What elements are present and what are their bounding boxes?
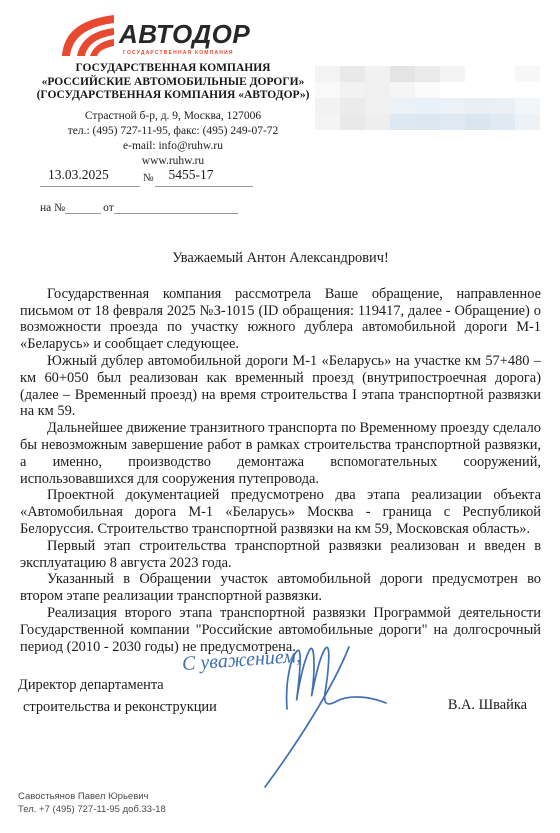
organization-address-block: Страстной б-р, д. 9, Москва, 127006 тел.… <box>28 109 318 169</box>
executor-phone: Тел. +7 (495) 727-11-95 доб.33-18 <box>18 803 166 816</box>
logo-brand-text: АВТОДОР <box>119 21 250 47</box>
letter-date: 13.03.2025 <box>40 167 140 187</box>
body-paragraph: Южный дублер автомобильной дороги М-1 «Б… <box>20 353 541 420</box>
body-paragraph: Государственная компания рассмотрела Ваш… <box>20 286 541 353</box>
redacted-recipient-block <box>315 66 540 130</box>
org-line: «РОССИЙСКИЕ АВТОМОБИЛЬНЫЕ ДОРОГИ» <box>28 76 318 90</box>
org-line: ГОСУДАРСТВЕННАЯ КОМПАНИЯ <box>28 62 318 76</box>
body-paragraph: Указанный в Обращении участок автомобиль… <box>20 571 541 605</box>
avtodor-logo: АВТОДОР ГОСУДАРСТВЕННАЯ КОМПАНИЯ <box>60 14 250 56</box>
executor-name: Савостьянов Павел Юрьевич <box>18 790 166 803</box>
signer-title-line: строительства и реконструкции <box>18 696 217 718</box>
from-date-blank <box>114 213 238 214</box>
letter-body: Уважаемый Антон Александрович! Государст… <box>20 250 541 655</box>
scanned-letter-page: АВТОДОР ГОСУДАРСТВЕННАЯ КОМПАНИЯ ГОСУДАР… <box>0 0 560 833</box>
from-label: от <box>103 202 114 214</box>
greeting-line: Уважаемый Антон Александрович! <box>20 250 541 267</box>
reply-number-blank <box>65 213 101 214</box>
address-line: Страстной б-р, д. 9, Москва, 127006 <box>28 109 318 124</box>
body-paragraph: Первый этап строительства транспортной р… <box>20 538 541 572</box>
executor-contact-block: Савостьянов Павел Юрьевич Тел. +7 (495) … <box>18 790 166 816</box>
reference-block: 13.03.2025 № 5455-17 на № от <box>40 167 253 214</box>
address-line: тел.: (495) 727-11-95, факс: (495) 249-0… <box>28 124 318 139</box>
org-line: (ГОСУДАРСТВЕННАЯ КОМПАНИЯ «АВТОДОР») <box>28 89 318 103</box>
logo-tagline-text: ГОСУДАРСТВЕННАЯ КОМПАНИЯ <box>123 50 250 56</box>
body-paragraph: Дальнейшее движение транзитного транспор… <box>20 420 541 487</box>
organization-name-block: ГОСУДАРСТВЕННАЯ КОМПАНИЯ «РОССИЙСКИЕ АВТ… <box>28 62 318 103</box>
email-line: e-mail: info@ruhw.ru <box>28 139 318 154</box>
body-paragraph: Проектной документацией предусмотрено дв… <box>20 487 541 537</box>
number-sign: № <box>140 172 155 187</box>
road-swoosh-icon <box>60 14 116 56</box>
signer-name: В.А. Швайка <box>448 697 527 714</box>
reply-to-label: на № <box>40 202 65 214</box>
signature-scribble <box>233 637 443 795</box>
signer-title-line: Директор департамента <box>18 674 217 696</box>
signer-title-block: Директор департамента строительства и ре… <box>18 674 217 718</box>
letter-number: 5455-17 <box>155 167 253 187</box>
